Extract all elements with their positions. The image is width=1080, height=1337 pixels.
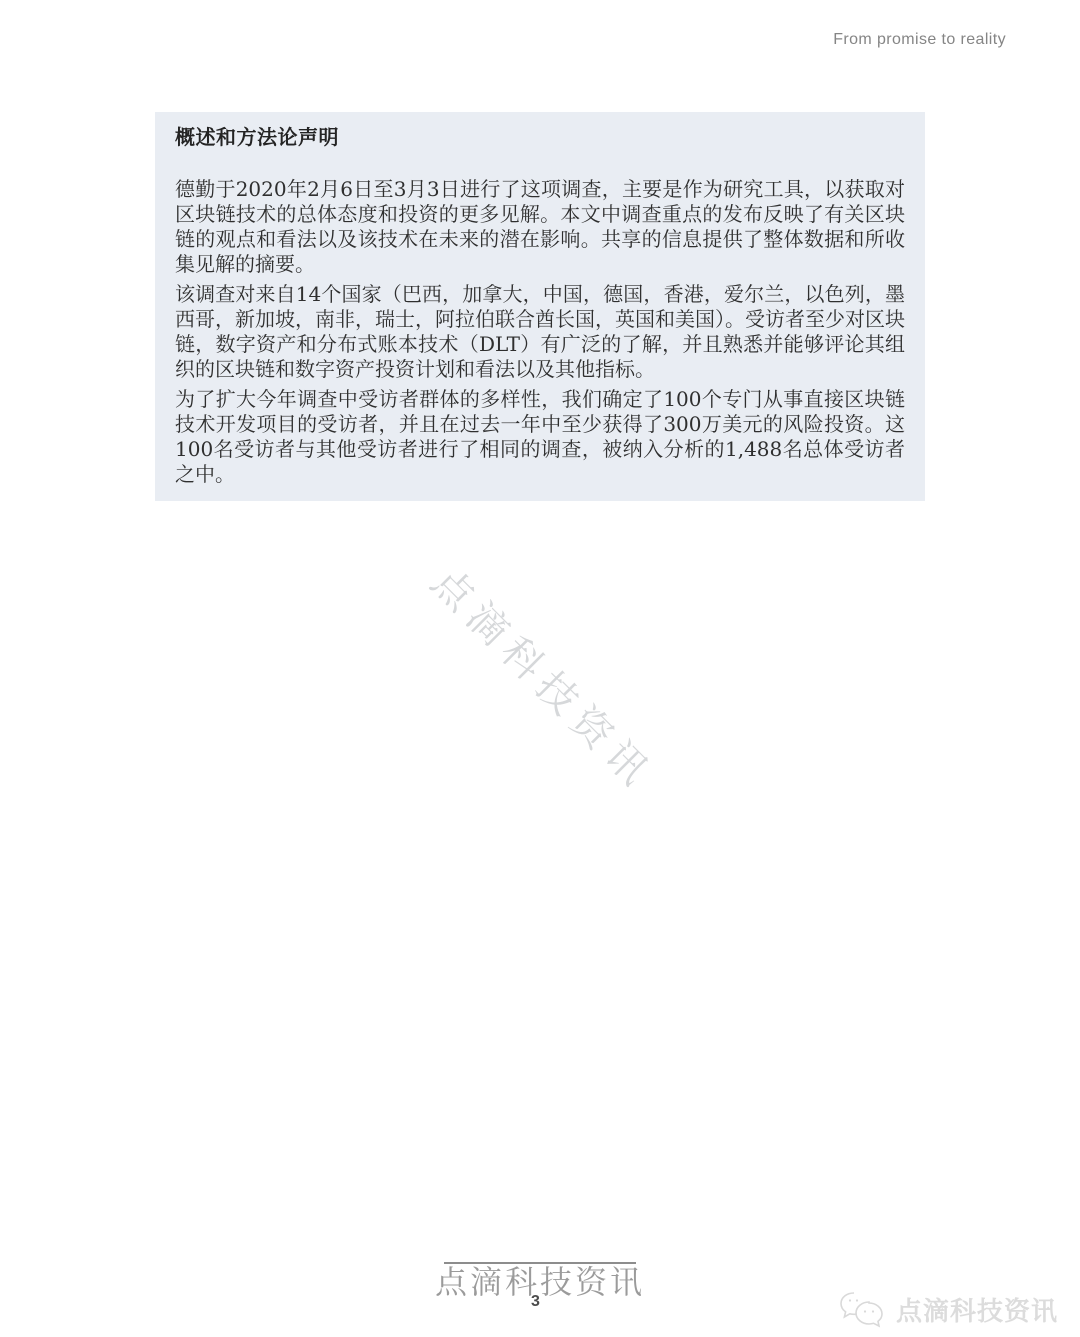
methodology-box: 概述和方法论声明 德勤于2020年2月6日至3月3日进行了这项调查，主要是作为研… <box>155 112 925 501</box>
corner-logo: 点滴科技资讯 <box>838 1288 1058 1330</box>
methodology-box-title: 概述和方法论声明 <box>175 121 905 150</box>
methodology-paragraph: 为了扩大今年调查中受访者群体的多样性，我们确定了100个专门从事直接区块链技术开… <box>175 387 905 487</box>
diagonal-watermark: 点滴科技资讯 <box>421 553 669 801</box>
report-tagline: From promise to reality <box>833 31 1006 49</box>
methodology-paragraph: 德勤于2020年2月6日至3月3日进行了这项调查，主要是作为研究工具，以获取对区… <box>175 177 905 277</box>
page-number: 3 <box>531 1293 540 1311</box>
methodology-paragraph: 该调查对来自14个国家（巴西，加拿大，中国，德国，香港，爱尔兰，以色列，墨西哥，… <box>175 282 905 382</box>
chat-bubbles-icon <box>838 1288 888 1330</box>
corner-logo-label: 点滴科技资讯 <box>896 1291 1058 1328</box>
